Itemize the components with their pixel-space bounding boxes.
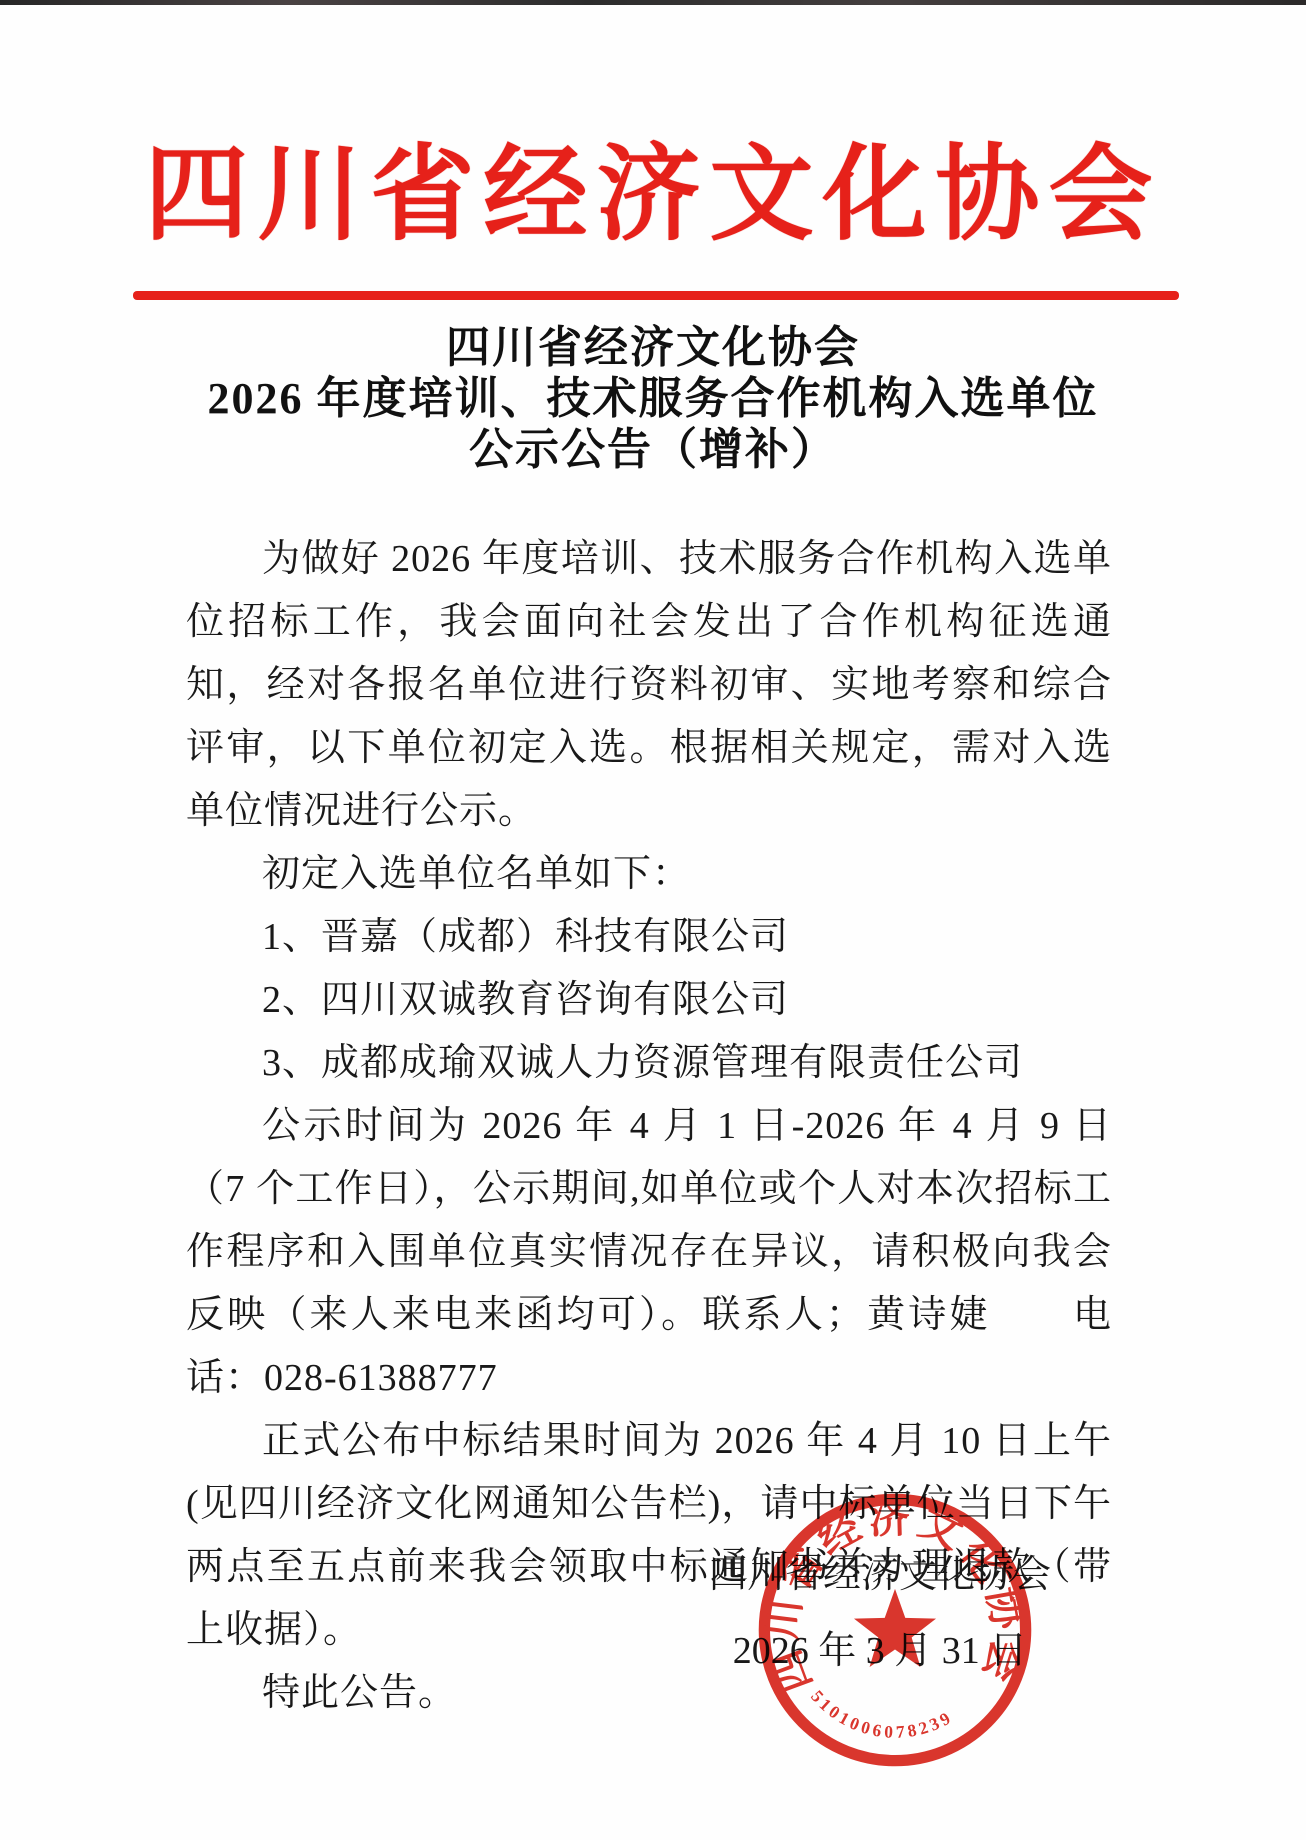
letterhead-title: 四川省经济文化协会 (0, 140, 1306, 252)
seal-serial-number: 5101006078239 (807, 1686, 957, 1742)
seal-star-icon (854, 1589, 936, 1667)
doc-title: 四川省经济文化协会 2026 年度培训、技术服务合作机构入选单位 公示公告（增补… (0, 322, 1306, 475)
shortlist-item-1: 1、晋嘉（成都）科技有限公司 (186, 906, 1112, 969)
scanned-announcement-page: 四川省经济文化协会 四川省经济文化协会 2026 年度培训、技术服务合作机构入选… (0, 0, 1306, 1840)
publicity-period-paragraph: 公示时间为 2026 年 4 月 1 日-2026 年 4 月 9 日（7 个工… (186, 1095, 1112, 1410)
shortlist-item-3: 3、成都成瑜双诚人力资源管理有限责任公司 (186, 1032, 1112, 1095)
scan-edge-artifact (0, 0, 1306, 5)
list-intro: 初定入选单位名单如下： (186, 843, 1112, 906)
doc-title-line-2: 2026 年度培训、技术服务合作机构入选单位 (0, 373, 1306, 424)
letterhead-rule (133, 291, 1179, 300)
intro-paragraph: 为做好 2026 年度培训、技术服务合作机构入选单位招标工作，我会面向社会发出了… (186, 528, 1112, 843)
doc-title-line-1: 四川省经济文化协会 (0, 322, 1306, 373)
official-seal: 四川省经济文化协会 5101006078239 (751, 1486, 1039, 1774)
shortlist-item-2: 2、四川双诚教育咨询有限公司 (186, 969, 1112, 1032)
doc-title-line-3: 公示公告（增补） (0, 424, 1306, 475)
